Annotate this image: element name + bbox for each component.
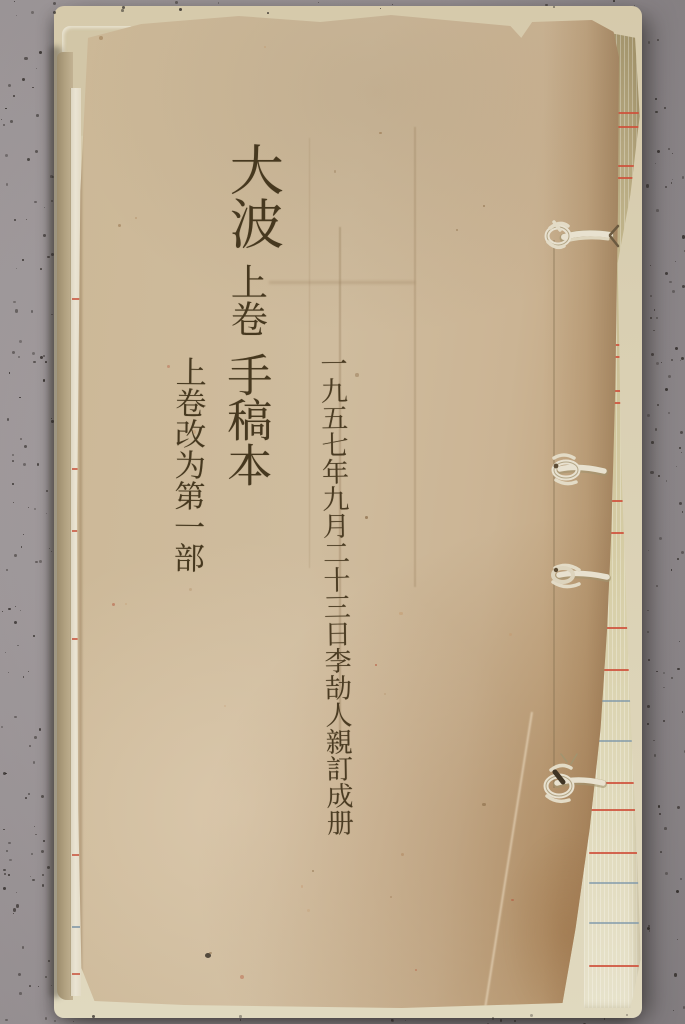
dust-speck: [675, 347, 678, 350]
dust-speck: [3, 887, 6, 890]
dust-speck: [671, 569, 673, 571]
paper-fleck: [415, 969, 417, 971]
dust-speck: [676, 466, 677, 467]
paper-fleck: [334, 170, 336, 172]
dust-speck: [671, 677, 672, 678]
dust-speck: [647, 705, 650, 708]
photo-backdrop: 大波 上卷 手稿本 上卷改为第一部 一九五七年九月二十三日李劼人親訂成册: [0, 0, 685, 1024]
dust-speck: [665, 388, 668, 391]
dust-speck: [677, 806, 680, 809]
ruled-line-blue: [72, 926, 80, 928]
dust-speck: [658, 805, 661, 808]
paper-fleck: [511, 899, 514, 902]
dust-speck: [650, 317, 652, 319]
dust-speck: [672, 290, 675, 293]
dust-speck: [16, 15, 17, 16]
dust-speck: [604, 1018, 606, 1020]
dust-speck: [676, 890, 679, 893]
dust-speck: [655, 163, 656, 164]
dust-speck: [673, 1010, 674, 1011]
dust-speck: [669, 281, 671, 283]
dust-speck: [42, 884, 45, 887]
paper-fleck: [224, 705, 227, 708]
dust-speck: [7, 418, 9, 420]
dust-speck: [29, 985, 31, 987]
dust-speck: [661, 362, 663, 364]
dust-speck: [175, 1, 178, 4]
dust-speck: [9, 859, 12, 862]
dust-speck: [41, 850, 44, 853]
dust-speck: [500, 1019, 503, 1022]
dust-speck: [514, 1020, 517, 1023]
dust-speck: [659, 537, 662, 540]
dust-speck: [665, 272, 668, 275]
dust-speck: [45, 1017, 48, 1020]
cover-crease: [414, 127, 416, 587]
paper-fleck: [307, 909, 310, 912]
dust-speck: [8, 874, 10, 876]
dust-speck: [18, 356, 20, 358]
dust-speck: [5, 108, 6, 109]
binding-thread-knot: [544, 446, 610, 492]
dust-speck: [46, 513, 48, 515]
dust-speck: [3, 869, 6, 872]
dust-speck: [33, 361, 36, 364]
dust-speck: [647, 414, 650, 417]
dust-speck: [22, 259, 24, 261]
dust-speck: [23, 463, 26, 466]
dust-speck: [648, 41, 650, 43]
dust-speck: [46, 490, 48, 492]
dust-speck: [391, 1019, 394, 1022]
ruled-line-red: [589, 965, 639, 967]
dust-speck: [5, 652, 6, 653]
dust-speck: [656, 317, 658, 319]
dust-speck: [40, 356, 43, 359]
dust-speck: [650, 471, 653, 474]
dust-speck: [16, 268, 17, 269]
dust-speck: [31, 310, 34, 313]
dust-speck: [677, 668, 679, 670]
dust-speck: [658, 475, 661, 478]
dust-speck: [6, 850, 8, 852]
paper-fleck: [482, 803, 486, 807]
dust-speck: [654, 754, 657, 757]
dust-speck: [677, 558, 679, 560]
ruled-line-red: [72, 854, 80, 856]
paper-fleck: [390, 896, 393, 899]
dust-speck: [34, 508, 36, 510]
dust-speck: [679, 502, 682, 505]
dust-speck: [648, 925, 651, 928]
dust-speck: [665, 872, 668, 875]
dust-speck: [651, 441, 654, 444]
paper-fleck: [125, 603, 128, 606]
dust-speck: [6, 183, 9, 186]
dust-speck: [647, 610, 649, 612]
dust-speck: [1, 119, 2, 120]
dust-speck: [650, 265, 651, 266]
paper-fleck: [301, 885, 303, 887]
dust-speck: [44, 207, 45, 208]
dust-speck: [679, 641, 681, 643]
dust-speck: [680, 360, 682, 362]
dust-speck: [646, 184, 649, 187]
dust-speck: [24, 57, 27, 60]
ruled-line-blue: [589, 882, 639, 884]
paper-fleck: [312, 870, 314, 872]
dust-speck: [666, 480, 668, 482]
dust-speck: [28, 507, 30, 509]
dust-speck: [21, 546, 23, 548]
dust-speck: [19, 992, 22, 995]
paper-fleck: [355, 373, 359, 377]
paper-fleck: [112, 603, 115, 606]
paper-fleck: [384, 693, 387, 696]
dust-speck: [3, 829, 5, 831]
dust-speck: [672, 179, 674, 181]
dust-speck: [36, 68, 37, 69]
dust-speck: [660, 851, 662, 853]
volume-text: 上卷: [223, 263, 268, 337]
dust-speck: [675, 261, 676, 262]
dust-speck: [671, 359, 673, 361]
paper-fleck: [99, 36, 103, 40]
dust-speck: [43, 840, 45, 842]
dust-speck: [19, 397, 21, 399]
title-text: 大波: [222, 142, 282, 250]
paper-fleck: [456, 229, 459, 232]
dust-speck: [14, 219, 16, 221]
dust-speck: [33, 761, 36, 764]
dust-speck: [674, 973, 677, 976]
dust-speck: [653, 740, 655, 742]
dust-speck: [39, 51, 42, 54]
dust-speck: [677, 939, 678, 940]
dust-speck: [40, 268, 42, 270]
dust-speck: [34, 201, 37, 204]
dust-speck: [656, 671, 657, 672]
dust-speck: [655, 111, 657, 113]
paper-fleck: [399, 612, 403, 616]
dust-speck: [10, 120, 13, 123]
dust-speck: [35, 834, 37, 836]
dust-speck: [663, 687, 665, 689]
dust-speck: [13, 908, 16, 911]
dust-speck: [20, 438, 22, 440]
dust-speck: [27, 158, 30, 161]
dust-speck: [649, 930, 650, 931]
dust-speck: [45, 976, 46, 977]
dust-speck: [653, 330, 655, 332]
ruled-line-red: [589, 852, 639, 854]
dust-speck: [14, 621, 17, 624]
dust-speck: [13, 502, 14, 503]
dust-speck: [2, 611, 3, 612]
dust-speck: [13, 913, 14, 914]
dust-speck: [391, 1019, 393, 1021]
dust-speck: [657, 150, 660, 153]
dust-speck: [682, 511, 684, 513]
dust-speck: [664, 107, 666, 109]
paper-fleck: [365, 516, 368, 519]
dust-speck: [672, 153, 673, 154]
dust-speck: [679, 447, 681, 449]
dust-speck: [28, 671, 29, 672]
dust-speck: [35, 150, 38, 153]
dust-speck: [663, 720, 665, 722]
dust-speck: [681, 357, 684, 360]
dust-speck: [14, 554, 17, 557]
dust-speck: [31, 11, 34, 14]
dust-speck: [18, 973, 21, 976]
paper-fleck: [375, 664, 377, 666]
dust-speck: [20, 610, 21, 611]
dust-speck: [32, 879, 35, 882]
dust-speck: [405, 1020, 407, 1022]
dust-speck: [33, 635, 35, 637]
dust-speck: [1, 726, 3, 728]
dust-speck: [681, 551, 684, 554]
dust-speck: [41, 795, 44, 798]
dust-speck: [613, 0, 615, 2]
dust-speck: [5, 154, 8, 157]
dust-speck: [35, 561, 37, 563]
dust-speck: [12, 351, 15, 354]
dust-speck: [23, 534, 24, 535]
inscription-column: 一九五七年九月二十三日李劼人親訂成册: [314, 350, 353, 836]
dust-speck: [22, 78, 25, 81]
title-column: 大波 上卷 手稿本: [210, 142, 280, 487]
dust-speck: [38, 986, 39, 987]
dust-speck: [16, 892, 17, 893]
ruled-line-blue: [589, 922, 639, 924]
dust-speck: [6, 569, 8, 571]
dust-speck: [657, 39, 659, 41]
dust-speck: [12, 483, 14, 485]
dust-speck: [655, 428, 657, 430]
dust-speck: [19, 340, 22, 343]
dust-speck: [15, 309, 18, 312]
ruled-line-red: [72, 973, 80, 975]
dust-speck: [34, 736, 37, 739]
paper-fleck: [240, 975, 244, 979]
paper-fleck: [264, 46, 266, 48]
dust-speck: [36, 114, 39, 117]
dust-speck: [28, 793, 30, 795]
binding-thread-knot: [537, 752, 609, 810]
ruled-line-red: [72, 298, 80, 300]
dust-speck: [240, 1019, 242, 1021]
dust-speck: [680, 431, 683, 434]
dust-speck: [682, 711, 684, 713]
cover-crease: [269, 281, 415, 284]
paper-fleck: [379, 132, 382, 135]
dust-speck: [17, 645, 19, 647]
manuscript-type-text: 手稿本: [217, 352, 274, 487]
dust-speck: [5, 1019, 7, 1021]
dust-speck: [8, 842, 11, 845]
paper-fleck: [509, 633, 512, 636]
dust-speck: [13, 301, 16, 304]
dust-speck: [681, 452, 683, 454]
dust-speck: [39, 728, 42, 731]
dust-speck: [54, 1020, 56, 1022]
dust-speck: [654, 309, 656, 311]
dust-speck: [8, 672, 10, 674]
dust-speck: [4, 873, 7, 876]
dust-speck: [37, 463, 39, 465]
dust-speck: [664, 827, 667, 830]
dust-speck: [30, 876, 31, 877]
paper-fleck: [401, 853, 404, 856]
dust-speck: [647, 927, 650, 930]
dust-speck: [13, 95, 16, 98]
dust-speck: [43, 379, 45, 381]
dust-speck: [3, 124, 5, 126]
binding-thread: [553, 240, 555, 788]
dust-speck: [34, 826, 36, 828]
dust-speck: [12, 454, 14, 456]
dust-speck: [680, 878, 682, 880]
dust-speck: [650, 295, 652, 297]
annotation-column: 上卷改为第一部: [164, 356, 209, 573]
dust-speck: [657, 404, 659, 406]
dust-speck: [26, 219, 27, 220]
dust-speck: [31, 853, 33, 855]
dust-speck: [12, 460, 14, 462]
dust-speck: [656, 362, 659, 365]
dust-speck: [671, 182, 672, 183]
dust-speck: [218, 2, 220, 4]
dust-speck: [668, 148, 670, 150]
paper-fleck: [483, 205, 486, 208]
dust-speck: [647, 631, 649, 633]
dust-speck: [53, 2, 56, 5]
dust-speck: [665, 186, 667, 188]
dust-speck: [22, 946, 25, 949]
dust-speck: [648, 659, 650, 661]
dust-speck: [668, 375, 671, 378]
dust-speck: [663, 672, 665, 674]
paper-fleck: [135, 217, 137, 219]
dust-speck: [16, 904, 19, 907]
paper-fleck: [189, 588, 192, 591]
binding-thread-knot: [542, 208, 622, 264]
dust-speck: [5, 773, 7, 775]
dust-speck: [39, 560, 42, 563]
dust-speck: [656, 209, 659, 212]
dust-speck: [318, 2, 319, 3]
dust-speck: [651, 353, 654, 356]
dust-speck: [14, 716, 16, 718]
dust-speck: [656, 585, 658, 587]
dust-speck: [9, 372, 11, 374]
dust-speck: [647, 723, 649, 725]
dust-speck: [32, 352, 35, 355]
binding-thread-knot: [545, 554, 611, 596]
dust-speck: [659, 813, 661, 815]
dust-speck: [45, 361, 47, 363]
dust-speck: [24, 445, 27, 448]
dust-speck: [668, 412, 670, 414]
dust-speck: [29, 745, 31, 747]
dust-speck: [648, 550, 650, 552]
dust-speck: [8, 84, 11, 87]
dust-speck: [43, 234, 46, 237]
dust-speck: [8, 608, 11, 611]
cover-crease: [309, 138, 310, 568]
dust-speck: [42, 874, 44, 876]
dust-speck: [43, 355, 46, 358]
dust-speck: [3, 772, 6, 775]
paper-fleck: [118, 224, 121, 227]
dust-speck: [682, 176, 685, 179]
dust-speck: [32, 87, 34, 89]
dust-speck: [655, 98, 657, 100]
dust-speck: [23, 676, 24, 677]
dust-speck: [14, 1, 15, 2]
dust-speck: [73, 1021, 75, 1023]
dust-speck: [15, 606, 16, 607]
dust-speck: [25, 797, 27, 799]
